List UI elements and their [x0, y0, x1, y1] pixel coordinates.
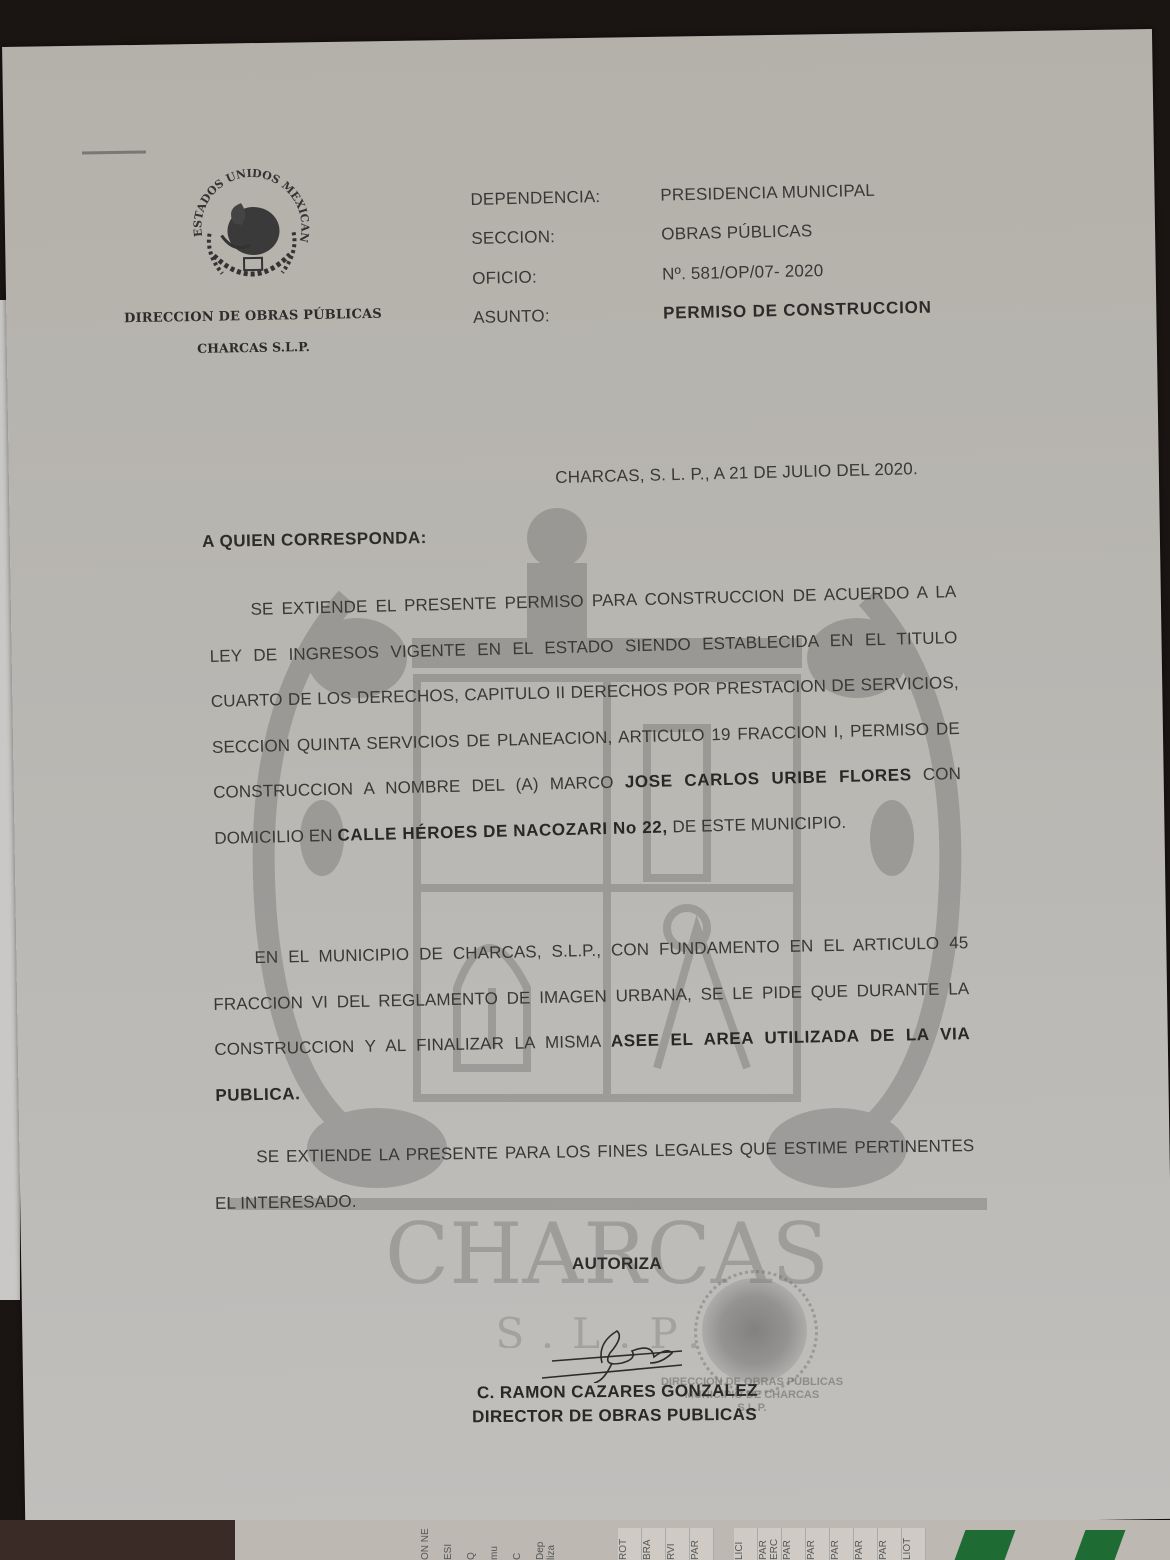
- folder-tab: PAR: [782, 1528, 806, 1560]
- letterhead: ESTADOS UNIDOS MEXICANOS DIRECCION DE OB…: [120, 161, 383, 358]
- official-stamp: [702, 1278, 807, 1383]
- field-label: ASUNTO:: [473, 304, 663, 328]
- folder-tab: ESI: [443, 1528, 466, 1560]
- signer-block: C. RAMON CAZARES GONZALEZ DIRECTOR DE OB…: [472, 1379, 758, 1429]
- signer-title: DIRECTOR DE OBRAS PUBLICAS: [472, 1403, 758, 1429]
- paragraph-regulation: EN EL MUNICIPIO DE CHARCAS, S.L.P., CON …: [212, 920, 972, 1118]
- field-value: OBRAS PÚBLICAS: [661, 221, 813, 244]
- folder-tab: PAR: [806, 1528, 830, 1560]
- folder-tab: LIOT: [902, 1528, 926, 1560]
- folder-tab: Dep liza: [535, 1528, 558, 1560]
- folder-tab: LICI: [734, 1528, 758, 1560]
- applicant-name: JOSE CARLOS URIBE FLORES: [625, 765, 912, 791]
- pen-mark: [82, 150, 146, 154]
- field-value: Nº. 581/OP/07- 2020: [662, 261, 824, 285]
- folder-tab: mu: [489, 1528, 512, 1560]
- folder-tabs: ON NE ESI Q mu C Dep liza ROT BRA RVI PA…: [420, 1528, 926, 1560]
- document-page: CHARCAS S.L.P. ESTADOS UNIDOS MEXICANOS: [2, 29, 1170, 1537]
- paragraph-closing: SE EXTIENDE LA PRESENTE PARA LOS FINES L…: [214, 1123, 975, 1226]
- folder-tab: BRA: [642, 1528, 666, 1560]
- folder-tab: PAR: [878, 1528, 902, 1560]
- folder-tab: C: [512, 1528, 535, 1560]
- date-line: CHARCAS, S. L. P., A 21 DE JULIO DEL 202…: [555, 459, 918, 488]
- handwritten-signature: [542, 1323, 692, 1383]
- applicant-address: CALLE HÉROES DE NACOZARI No 22,: [337, 817, 668, 844]
- field-value: PERMISO DE CONSTRUCCION: [663, 298, 932, 324]
- field-label: OFICIO:: [472, 264, 662, 288]
- field-label: DEPENDENCIA:: [470, 185, 660, 209]
- authorize-label: AUTORIZA: [572, 1254, 662, 1274]
- folder-tab: PAR: [854, 1528, 878, 1560]
- city-name: CHARCAS S.L.P.: [123, 338, 383, 358]
- paragraph-permit: SE EXTIENDE EL PRESENTE PERMISO PARA CON…: [208, 569, 963, 861]
- salutation: A QUIEN CORRESPONDA:: [202, 528, 427, 552]
- department-name: DIRECCION DE OBRAS PÚBLICAS: [123, 307, 383, 327]
- folder-tab: PAR: [830, 1528, 854, 1560]
- folder-tab: ON NE: [420, 1528, 443, 1560]
- mexican-coat-of-arms-seal: ESTADOS UNIDOS MEXICANOS: [180, 162, 322, 304]
- folder-tab: PAR ERC: [758, 1528, 782, 1560]
- folder-tab: Q: [466, 1528, 489, 1560]
- field-label: SECCION:: [471, 225, 661, 249]
- folder-tab: ROT: [618, 1528, 642, 1560]
- signer-name: C. RAMON CAZARES GONZALEZ: [472, 1379, 758, 1405]
- field-value: PRESIDENCIA MUNICIPAL: [660, 181, 875, 206]
- folder-tab: RVI: [666, 1528, 690, 1560]
- header-fields: DEPENDENCIA: PRESIDENCIA MUNICIPAL SECCI…: [470, 170, 932, 338]
- folder-tab: PAR: [690, 1528, 714, 1560]
